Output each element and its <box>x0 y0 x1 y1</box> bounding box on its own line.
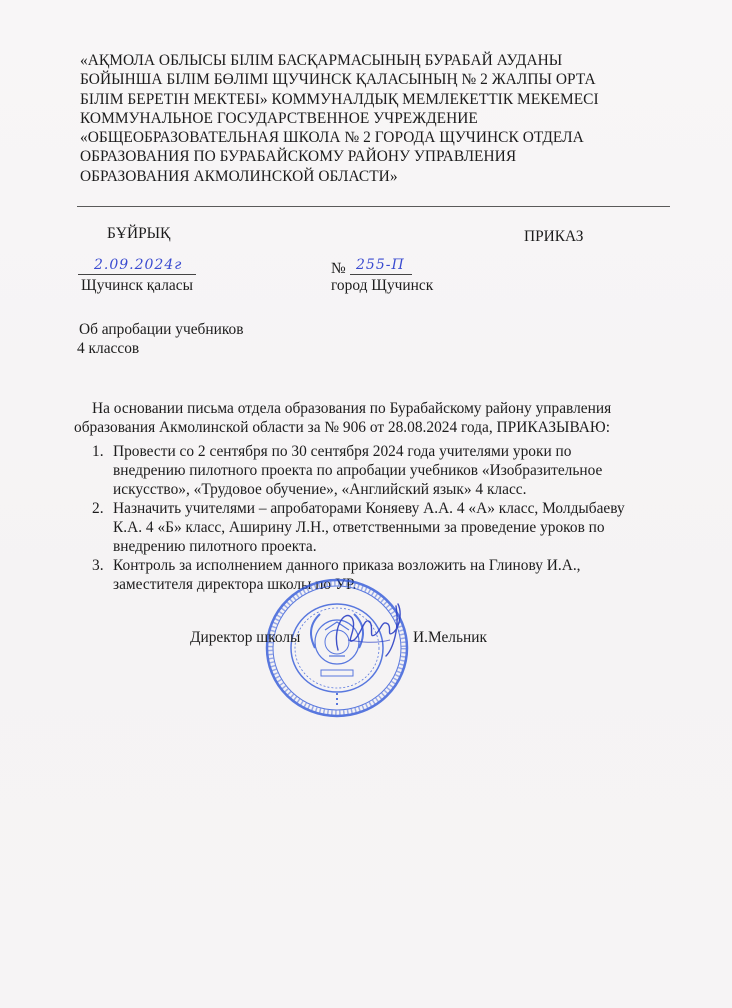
preamble-line-1: На основании письма отдела образования п… <box>92 399 611 418</box>
handwritten-order-number: 255-П <box>356 257 405 273</box>
header-line: «АҚМОЛА ОБЛЫСЫ БІЛІМ БАСҚАРМАСЫНЫҢ БУРАБ… <box>80 51 599 70</box>
order-item: 2. Назначить учителями – апробаторами Ко… <box>92 499 692 556</box>
header-divider <box>77 206 670 207</box>
item-line: Провести со 2 сентября по 30 сентября 20… <box>113 442 692 461</box>
item-number: 2. <box>92 499 104 518</box>
item-line: Назначить учителями – апробаторами Коняе… <box>113 499 692 518</box>
signatory-name: И.Мельник <box>413 628 487 647</box>
date-underline <box>78 274 196 275</box>
header-line: «ОБЩЕОБРАЗОВАТЕЛЬНАЯ ШКОЛА № 2 ГОРОДА ЩУ… <box>80 128 599 147</box>
signatory-position: Директор школы <box>190 628 300 647</box>
header-line: БОЙЫНША БІЛІМ БӨЛІМІ ЩУЧИНСК ҚАЛАСЫНЫҢ №… <box>80 70 599 89</box>
document-page: «АҚМОЛА ОБЛЫСЫ БІЛІМ БАСҚАРМАСЫНЫҢ БУРАБ… <box>0 0 732 1008</box>
organization-header: «АҚМОЛА ОБЛЫСЫ БІЛІМ БАСҚАРМАСЫНЫҢ БУРАБ… <box>80 51 599 186</box>
doc-type-russian: ПРИКАЗ <box>524 227 584 246</box>
handwritten-date: 2.09.2024г <box>94 257 182 273</box>
subject-line-2: 4 классов <box>77 339 139 358</box>
city-russian: город Щучинск <box>331 276 433 295</box>
order-item: 1. Провести со 2 сентября по 30 сентября… <box>92 442 692 499</box>
item-line: внедрению пилотного проекта. <box>113 537 692 556</box>
doc-type-kazakh: БҰЙРЫҚ <box>107 224 170 243</box>
number-underline <box>350 274 412 275</box>
header-line: БІЛІМ БЕРЕТІН МЕКТЕБІ» КОММУНАЛДЫҚ МЕМЛЕ… <box>80 90 599 109</box>
preamble-line-2: образования Акмолинской области за № 906… <box>74 418 610 437</box>
header-line: ОБРАЗОВАНИЯ ПО БУРАБАЙСКОМУ РАЙОНУ УПРАВ… <box>80 147 599 166</box>
item-number: 3. <box>92 556 104 575</box>
city-kazakh: Щучинск қаласы <box>81 276 193 295</box>
subject-line-1: Об апробации учебников <box>79 320 244 339</box>
header-line: КОММУНАЛЬНОЕ ГОСУДАРСТВЕННОЕ УЧРЕЖДЕНИЕ <box>80 109 599 128</box>
item-line: искусство», «Трудовое обучение», «Англий… <box>113 480 692 499</box>
item-number: 1. <box>92 442 104 461</box>
item-line: Контроль за исполнением данного приказа … <box>113 556 692 575</box>
header-line: ОБРАЗОВАНИЯ АКМОЛИНСКОЙ ОБЛАСТИ» <box>80 167 599 186</box>
order-items-list: 1. Провести со 2 сентября по 30 сентября… <box>92 442 692 594</box>
director-signature-icon <box>330 600 410 658</box>
item-line: внедрению пилотного проекта по апробации… <box>113 461 692 480</box>
item-line: К.А. 4 «Б» класс, Аширину Л.Н., ответств… <box>113 518 692 537</box>
